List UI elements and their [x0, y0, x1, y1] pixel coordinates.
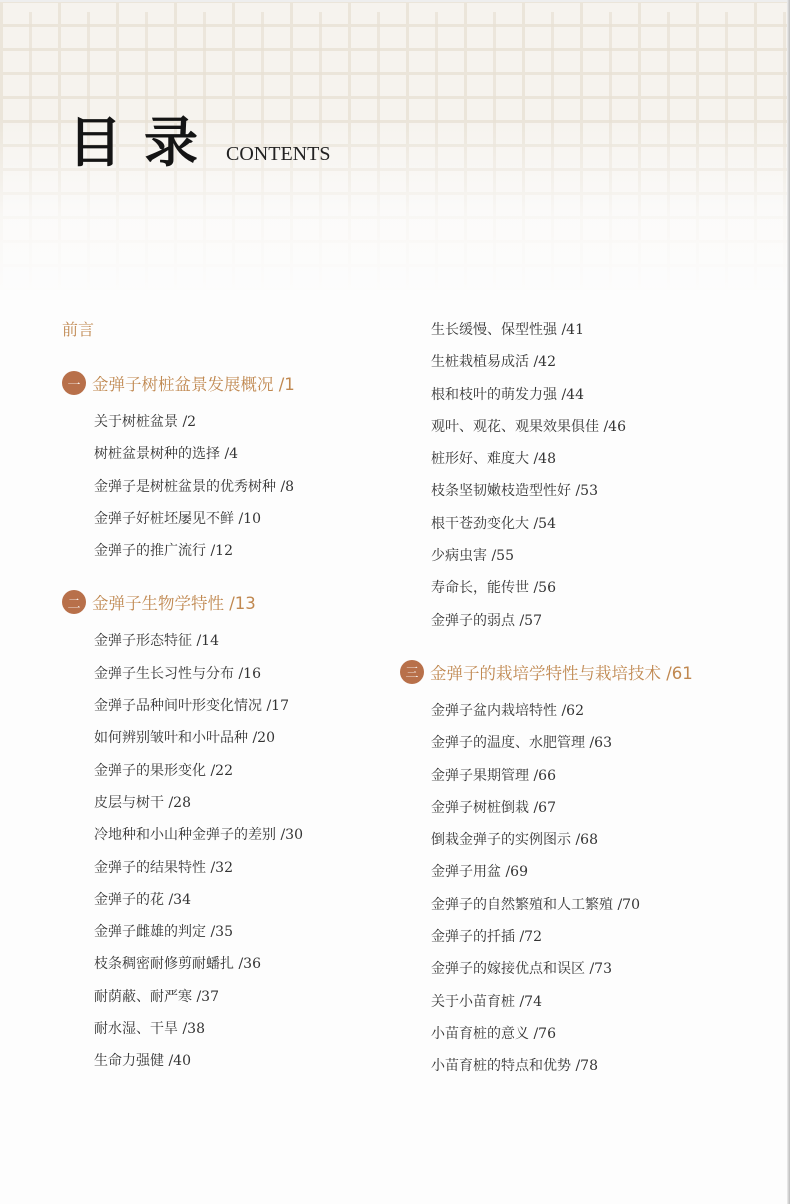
toc-item[interactable]: 少病虫害 /55 — [400, 540, 693, 572]
toc-item[interactable]: 金弹子的温度、水肥管理 /63 — [400, 727, 693, 759]
toc-item[interactable]: 金弹子的扦插 /72 — [400, 921, 693, 953]
toc-item[interactable]: 金弹子的推广流行 /12 — [62, 535, 303, 567]
toc-item[interactable]: 倒栽金弹子的实例图示 /68 — [400, 824, 693, 856]
toc-item[interactable]: 根干苍劲变化大 /54 — [400, 508, 693, 540]
toc-chapter-1[interactable]: 一 金弹子树桩盆景发展概况 /1 — [62, 368, 303, 398]
toc-item[interactable]: 金弹子的弱点 /57 — [400, 605, 693, 637]
toc-column-right: 生长缓慢、保型性强 /41 生桩栽植易成活 /42 根和枝叶的萌发力强 /44 … — [400, 314, 693, 1083]
toc-item[interactable]: 生长缓慢、保型性强 /41 — [400, 314, 693, 346]
chapter-number-badge: 二 — [62, 590, 86, 614]
toc-item[interactable]: 金弹子好桩坯屡见不鲜 /10 — [62, 503, 303, 535]
chapter-title: 金弹子的栽培学特性与栽培技术 /61 — [430, 660, 693, 684]
toc-item[interactable]: 金弹子形态特征 /14 — [62, 625, 303, 657]
toc-item[interactable]: 金弹子的自然繁殖和人工繁殖 /70 — [400, 889, 693, 921]
toc-item[interactable]: 金弹子品种间叶形变化情况 /17 — [62, 690, 303, 722]
toc-item[interactable]: 关于小苗育桩 /74 — [400, 986, 693, 1018]
toc-item[interactable]: 如何辨别皱叶和小叶品种 /20 — [62, 722, 303, 754]
toc-item[interactable]: 树桩盆景树种的选择 /4 — [62, 438, 303, 470]
toc-item[interactable]: 枝条稠密耐修剪耐蟠扎 /36 — [62, 948, 303, 980]
toc-chapter-3[interactable]: 三 金弹子的栽培学特性与栽培技术 /61 — [400, 657, 693, 687]
toc-item[interactable]: 金弹子的嫁接优点和误区 /73 — [400, 953, 693, 985]
chapter-number-badge: 一 — [62, 371, 86, 395]
toc-item[interactable]: 关于树桩盆景 /2 — [62, 406, 303, 438]
toc-item[interactable]: 根和枝叶的萌发力强 /44 — [400, 379, 693, 411]
toc-chapter-2[interactable]: 二 金弹子生物学特性 /13 — [62, 587, 303, 617]
toc-item[interactable]: 金弹子是树桩盆景的优秀树种 /8 — [62, 471, 303, 503]
toc-item[interactable]: 耐荫蔽、耐严寒 /37 — [62, 981, 303, 1013]
toc-item[interactable]: 金弹子的果形变化 /22 — [62, 755, 303, 787]
toc-item[interactable]: 小苗育桩的特点和优势 /78 — [400, 1050, 693, 1082]
toc-item[interactable]: 金弹子生长习性与分布 /16 — [62, 658, 303, 690]
toc-item[interactable]: 耐水湿、干旱 /38 — [62, 1013, 303, 1045]
toc-item[interactable]: 枝条坚韧嫩枝造型性好 /53 — [400, 475, 693, 507]
toc-item[interactable]: 皮层与树干 /28 — [62, 787, 303, 819]
page-subtitle: CONTENTS — [226, 143, 330, 166]
toc-item[interactable]: 冷地种和小山种金弹子的差别 /30 — [62, 819, 303, 851]
toc-item[interactable]: 金弹子的花 /34 — [62, 884, 303, 916]
toc-item[interactable]: 金弹子盆内栽培特性 /62 — [400, 695, 693, 727]
chapter-number-badge: 三 — [400, 660, 424, 684]
toc-item[interactable]: 小苗育桩的意义 /76 — [400, 1018, 693, 1050]
toc-preface[interactable]: 前言 — [62, 316, 303, 344]
chapter-title: 金弹子树桩盆景发展概况 /1 — [92, 371, 295, 395]
toc-item[interactable]: 生桩栽植易成活 /42 — [400, 346, 693, 378]
page-edge-top — [0, 0, 790, 2]
toc-item[interactable]: 金弹子雌雄的判定 /35 — [62, 916, 303, 948]
spacer — [400, 637, 693, 657]
page-header: 目录 CONTENTS — [68, 112, 330, 172]
spacer — [62, 567, 303, 587]
toc-item[interactable]: 寿命长，能传世 /56 — [400, 572, 693, 604]
toc-item[interactable]: 生命力强健 /40 — [62, 1045, 303, 1077]
toc-column-left: 前言 一 金弹子树桩盆景发展概况 /1 关于树桩盆景 /2 树桩盆景树种的选择 … — [62, 316, 303, 1078]
chapter-title: 金弹子生物学特性 /13 — [92, 590, 256, 614]
toc-item[interactable]: 金弹子果期管理 /66 — [400, 760, 693, 792]
toc-item[interactable]: 桩形好、难度大 /48 — [400, 443, 693, 475]
page-title: 目录 — [68, 112, 220, 172]
toc-item[interactable]: 金弹子用盆 /69 — [400, 856, 693, 888]
toc-item[interactable]: 金弹子树桩倒栽 /67 — [400, 792, 693, 824]
toc-item[interactable]: 金弹子的结果特性 /32 — [62, 852, 303, 884]
toc-item[interactable]: 观叶、观花、观果效果俱佳 /46 — [400, 411, 693, 443]
